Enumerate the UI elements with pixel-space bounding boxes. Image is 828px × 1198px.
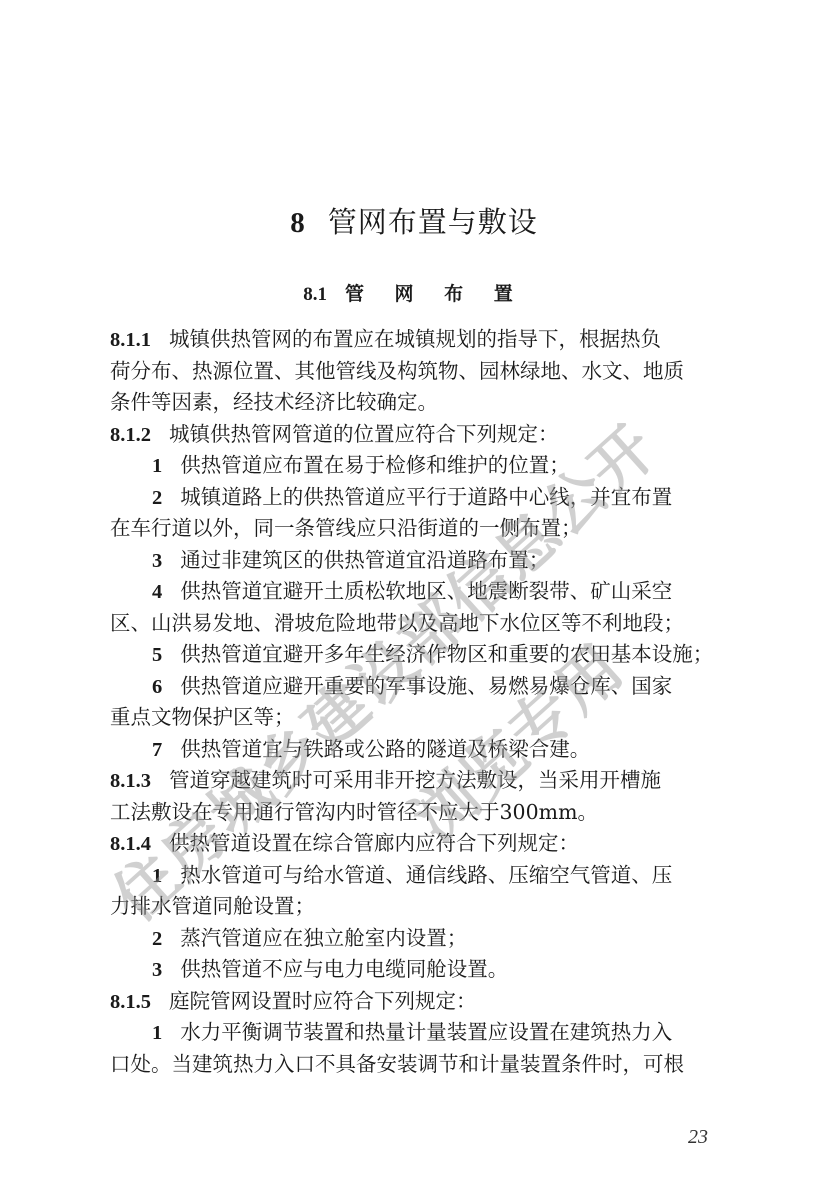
- item-number: 1: [152, 865, 162, 887]
- body-text: 8.1.1城镇供热管网的布置应在城镇规划的指导下，根据热负 荷分布、热源位置、其…: [110, 324, 748, 1080]
- item-text: 重点文物保护区等；: [110, 705, 295, 729]
- item-text: 供热管道宜与铁路或公路的隧道及桥梁合建。: [180, 737, 590, 761]
- clause-text: 荷分布、热源位置、其他管线及构筑物、园林绿地、水文、地质: [110, 359, 684, 383]
- section-number: 8.1: [303, 284, 327, 305]
- item-text: 水力平衡调节装置和热量计量装置应设置在建筑热力入: [180, 1020, 672, 1044]
- item-number: 6: [152, 676, 162, 698]
- clause-number: 8.1.2: [110, 424, 151, 446]
- item-number: 1: [152, 1022, 162, 1044]
- clause-text: 工法敷设在专用通行管沟内时管径不应大于300mm。: [110, 800, 598, 824]
- item-text: 在车行道以外，同一条管线应只沿街道的一侧布置；: [110, 516, 582, 540]
- clause-text: 条件等因素，经技术经济比较确定。: [110, 390, 438, 414]
- list-item: 3通过非建筑区的供热管道宜沿道路布置；: [110, 545, 748, 577]
- chapter-heading: 8管网布置与敷设: [0, 202, 828, 243]
- clause-text: 城镇供热管网管道的位置应符合下列规定：: [169, 422, 559, 446]
- list-item: 1供热管道应布置在易于检修和维护的位置；: [110, 450, 748, 482]
- clause-8-1-2-line: 8.1.2城镇供热管网管道的位置应符合下列规定：: [110, 419, 748, 451]
- item-text: 供热管道不应与电力电缆同舱设置。: [180, 957, 508, 981]
- item-number: 2: [152, 487, 162, 509]
- clause-8-1-5-line: 8.1.5庭院管网设置时应符合下列规定：: [110, 986, 748, 1018]
- item-number: 3: [152, 550, 162, 572]
- clause-8-1-1-line: 8.1.1城镇供热管网的布置应在城镇规划的指导下，根据热负: [110, 324, 748, 356]
- clause-8-1-3-line: 8.1.3管道穿越建筑时可采用非开挖方法敷设，当采用开槽施: [110, 765, 748, 797]
- list-item: 5供热管道宜避开多年生经济作物区和重要的农田基本设施；: [110, 639, 748, 671]
- list-item: 2蒸汽管道应在独立舱室内设置；: [110, 923, 748, 955]
- clause-8-1-1-line: 荷分布、热源位置、其他管线及构筑物、园林绿地、水文、地质: [110, 356, 748, 388]
- clause-text: 庭院管网设置时应符合下列规定：: [169, 989, 477, 1013]
- item-text: 蒸汽管道应在独立舱室内设置；: [180, 926, 467, 950]
- item-text: 供热管道宜避开多年生经济作物区和重要的农田基本设施；: [180, 642, 713, 666]
- page-number: 23: [688, 1126, 708, 1149]
- item-text: 供热管道宜避开土质松软地区、地震断裂带、矿山采空: [180, 579, 672, 603]
- item-text: 供热管道应布置在易于检修和维护的位置；: [180, 453, 570, 477]
- item-text: 供热管道应避开重要的军事设施、易燃易爆仓库、国家: [180, 674, 672, 698]
- list-item: 4供热管道宜避开土质松软地区、地震断裂带、矿山采空: [110, 576, 748, 608]
- section-heading: 8.1管 网 布 置: [0, 280, 828, 309]
- clause-8-1-1-line: 条件等因素，经技术经济比较确定。: [110, 387, 748, 419]
- section-title: 管 网 布 置: [345, 283, 525, 305]
- chapter-number: 8: [290, 207, 306, 239]
- list-item: 1水力平衡调节装置和热量计量装置应设置在建筑热力入: [110, 1017, 748, 1049]
- document-page: 8管网布置与敷设 8.1管 网 布 置 8.1.1城镇供热管网的布置应在城镇规划…: [0, 0, 828, 1198]
- item-text: 力排水管道同舱设置；: [110, 894, 315, 918]
- item-text: 口处。当建筑热力入口不具备安装调节和计量装置条件时，可根: [110, 1052, 684, 1076]
- clause-number: 8.1.1: [110, 329, 151, 351]
- list-item-continuation: 口处。当建筑热力入口不具备安装调节和计量装置条件时，可根: [110, 1049, 748, 1081]
- clause-number: 8.1.3: [110, 770, 151, 792]
- item-number: 3: [152, 959, 162, 981]
- clause-number: 8.1.5: [110, 991, 151, 1013]
- item-number: 2: [152, 928, 162, 950]
- clause-number: 8.1.4: [110, 833, 151, 855]
- list-item-continuation: 重点文物保护区等；: [110, 702, 748, 734]
- chapter-title: 管网布置与敷设: [328, 205, 538, 239]
- clause-text: 管道穿越建筑时可采用非开挖方法敷设，当采用开槽施: [169, 768, 661, 792]
- item-text: 通过非建筑区的供热管道宜沿道路布置；: [180, 548, 549, 572]
- clause-8-1-3-line: 工法敷设在专用通行管沟内时管径不应大于300mm。: [110, 797, 748, 829]
- list-item: 6供热管道应避开重要的军事设施、易燃易爆仓库、国家: [110, 671, 748, 703]
- item-text: 热水管道可与给水管道、通信线路、压缩空气管道、压: [180, 863, 672, 887]
- clause-text: 供热管道设置在综合管廊内应符合下列规定：: [169, 831, 579, 855]
- list-item-continuation: 力排水管道同舱设置；: [110, 891, 748, 923]
- item-number: 4: [152, 581, 162, 603]
- item-number: 5: [152, 644, 162, 666]
- item-text: 区、山洪易发地、滑坡危险地带以及高地下水位区等不利地段；: [110, 611, 684, 635]
- list-item: 3供热管道不应与电力电缆同舱设置。: [110, 954, 748, 986]
- list-item: 1热水管道可与给水管道、通信线路、压缩空气管道、压: [110, 860, 748, 892]
- list-item: 2城镇道路上的供热管道应平行于道路中心线，并宜布置: [110, 482, 748, 514]
- item-text: 城镇道路上的供热管道应平行于道路中心线，并宜布置: [180, 485, 672, 509]
- clause-text: 城镇供热管网的布置应在城镇规划的指导下，根据热负: [169, 327, 661, 351]
- item-number: 7: [152, 739, 162, 761]
- list-item-continuation: 区、山洪易发地、滑坡危险地带以及高地下水位区等不利地段；: [110, 608, 748, 640]
- clause-8-1-4-line: 8.1.4供热管道设置在综合管廊内应符合下列规定：: [110, 828, 748, 860]
- list-item: 7供热管道宜与铁路或公路的隧道及桥梁合建。: [110, 734, 748, 766]
- item-number: 1: [152, 455, 162, 477]
- list-item-continuation: 在车行道以外，同一条管线应只沿街道的一侧布置；: [110, 513, 748, 545]
